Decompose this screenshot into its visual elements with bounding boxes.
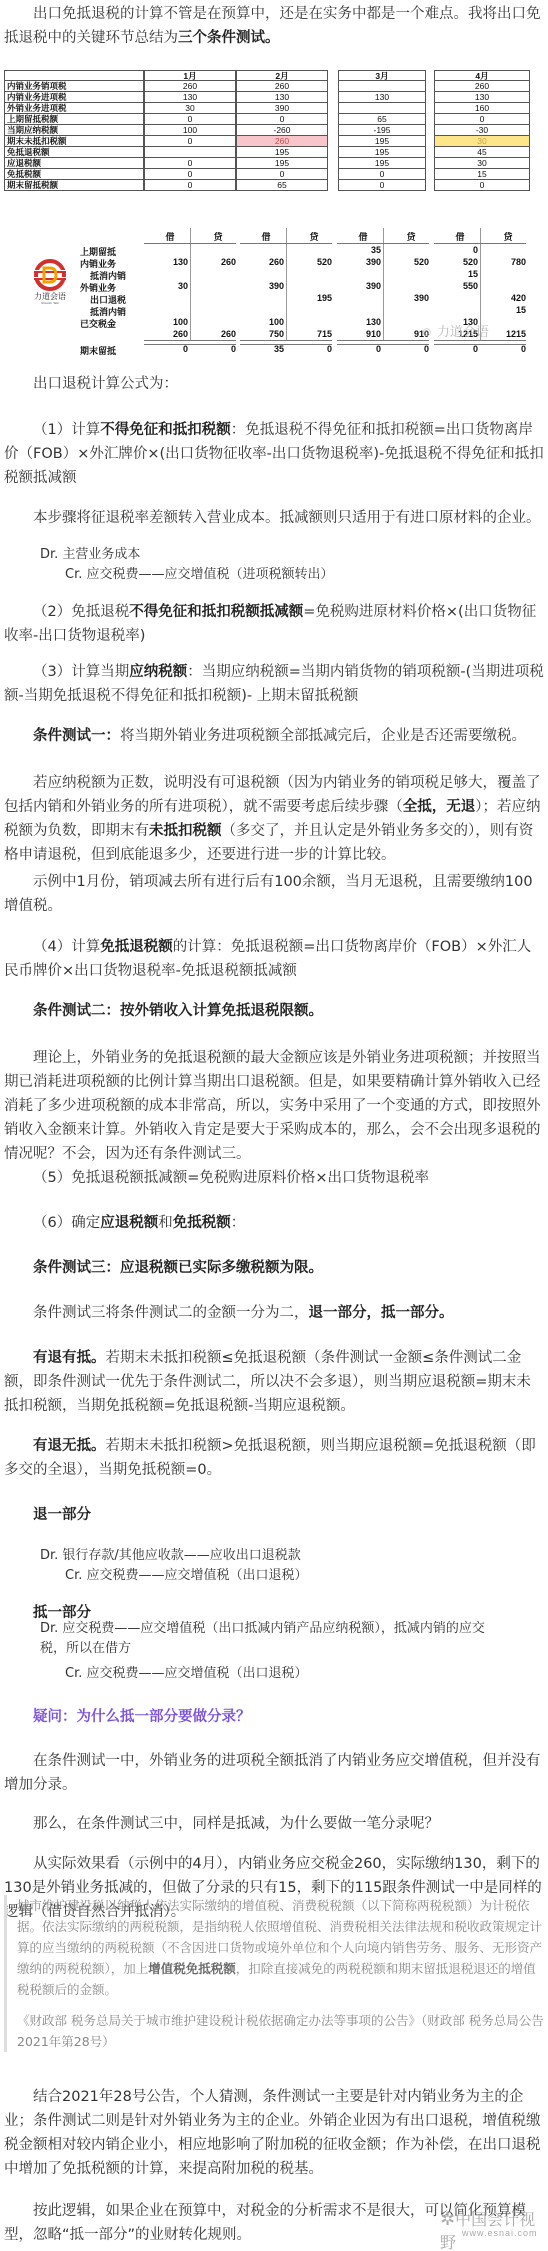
summary-cell: 195 [338, 136, 426, 147]
quote-text: 城市维护建设税以纳税人依法实际缴纳的增值税、消费税税额（以下简称两税税额）为计税… [17, 1895, 544, 2000]
summary-cell [144, 147, 236, 158]
ledger-cell: 910 [341, 329, 381, 339]
summary-row-label: 免抵税额 [4, 169, 144, 180]
step-3: （3）计算当期应纳税额：当期应纳税额=当期内销货物的销项税额-(当期进项税额-当… [4, 660, 544, 708]
summary-cell: 160 [434, 103, 530, 114]
summary-cell: 195 [338, 147, 426, 158]
ledger-cell: 15 [486, 305, 526, 315]
ledger-cell: 100 [244, 317, 284, 327]
formula-title: 出口退税计算公式为： [4, 372, 544, 396]
summary-cell: 0 [144, 169, 236, 180]
intro-paragraph: 出口免抵退税的计算不管是在预算中，还是在实务中都是一个难点。我将出口免抵退税中的… [4, 2, 544, 50]
ledger-cell: 390 [244, 281, 284, 291]
question-heading: 疑问：为什么抵一部分要做分录？ [4, 1705, 544, 1729]
condition-test-1-explanation: 若应纳税额为正数，说明没有可退税额（因为内销业务的销项税足够大，覆盖了包括内销和… [4, 771, 544, 867]
esnai-logo-icon: ✲ [440, 2209, 455, 2229]
condition-test-2: 条件测试二：按外销收入计算免抵退税限额。 [4, 999, 544, 1023]
summary-cell: 130 [434, 92, 530, 103]
ledger-cell: 520 [389, 257, 429, 267]
summary-cell: 0 [144, 114, 236, 125]
ledger-cell: 0 [486, 344, 526, 354]
lidao-logo-icon: 力道会语 Shaolin Talk [30, 257, 70, 305]
header-rule [337, 243, 429, 244]
summary-cell: 30 [434, 136, 530, 147]
summary-cell: 260 [236, 136, 328, 147]
ledger-cell: 15 [438, 269, 478, 279]
summary-cell: 30 [144, 103, 236, 114]
summary-cell: 65 [338, 114, 426, 125]
condition-test-3-explanation: 条件测试三将条件测试二的金额一分为二，退一部分，抵一部分。 [4, 1301, 544, 1325]
summary-cell: 195 [338, 158, 426, 169]
summary-cell: 260 [434, 81, 530, 92]
step-6: （6）确定应退税额和免抵税额： [4, 1211, 544, 1235]
summary-cell: -30 [434, 125, 530, 136]
summary-row-label: 期末留抵税额 [4, 180, 144, 191]
summary-cell: 0 [144, 136, 236, 147]
refund-part-title: 退一部分 [4, 1503, 544, 1527]
ledger-cell: 130 [148, 257, 188, 267]
svg-text:Shaolin Talk: Shaolin Talk [41, 301, 59, 305]
watermark-url: www.esnai.com [462, 2228, 538, 2238]
condition-test-3: 条件测试三：应退税额已实际多缴税额为限。 [4, 1256, 544, 1280]
summary-cell: 30 [434, 158, 530, 169]
ledger-cell: 1215 [486, 329, 526, 339]
ledger-row-label: 已交税金 [80, 317, 140, 330]
header-rule [240, 243, 332, 244]
column-divider [286, 228, 287, 340]
step-4: （4）计算免抵退税额的计算：免抵退税额=出口货物离岸价（FOB）×外汇人民币牌价… [4, 935, 544, 983]
summary-cell: 15 [434, 169, 530, 180]
example-january: 示例中1月份，销项减去所有进行后有100余额，当月无退税，且需要缴纳100增值税… [4, 870, 544, 918]
offset-entry-credit: Cr. 应交税费——应交增值税（出口退税） [65, 1664, 308, 1684]
ledger-cell: 420 [486, 293, 526, 303]
summary-row-label: 内销业务进项税 [4, 92, 144, 103]
credit-header: 贷 [198, 230, 238, 243]
summary-cell: 0 [338, 180, 426, 191]
summary-cell: 0 [236, 169, 328, 180]
ledger-cell: 30 [148, 281, 188, 291]
step-1: （1）计算不得免征和抵扣税额：免抵退税不得免征和抵扣税额=出口货物离岸价（FOB… [4, 418, 544, 490]
ledger-cell: 0 [438, 245, 478, 255]
step-5: （5）免抵退税额抵减额=免税购进原料价格×出口货物退税率 [4, 1166, 544, 1190]
ledger-cell: 750 [244, 329, 284, 339]
summary-cell: 390 [236, 103, 328, 114]
question-paragraph-1: 在条件测试一中，外销业务的进项税全额抵消了内销业务应交增值税，但并没有增加分录。 [4, 1749, 544, 1797]
ledger-row-label: 期末留抵 [80, 344, 140, 357]
ledger-cell: 260 [196, 329, 236, 339]
summary-cell: 195 [236, 158, 328, 169]
ledger-cell: 520 [438, 257, 478, 267]
summary-row-label: 外销业务进项税 [4, 103, 144, 114]
summary-cell: 0 [236, 114, 328, 125]
ledger-cell: 195 [292, 293, 332, 303]
ledger-cell: 520 [292, 257, 332, 267]
condition-test-1: 条件测试一：将当期外销业务进项税额全部抵减完后，企业是否还需要缴税。 [4, 724, 544, 748]
refund-entry-debit: Dr. 银行存款/其他应收款——应收出口退税款 [40, 1546, 301, 1566]
case-refund-no-offset: 有退无抵。若期末未抵扣税额>免抵退税额，则当期应退税额=免抵退税额（即多交的全退… [4, 1434, 544, 1482]
summary-row-label: 内销业务销项税 [4, 81, 144, 92]
summary-cell: 260 [236, 81, 328, 92]
summary-row-label: 上期留抵税额 [4, 114, 144, 125]
summary-cell: 195 [236, 147, 328, 158]
summary-cell: 130 [144, 92, 236, 103]
case-refund-and-offset: 有退有抵。若期末未抵扣税额≤免抵退税额（条件测试一金额≤条件测试二金额，即条件测… [4, 1346, 544, 1418]
question-paragraph-2: 那么，在条件测试三中，同样是抵减，为什么要做一笔分录呢？ [4, 1812, 544, 1836]
summary-header-blank [4, 70, 144, 81]
summary-cell [338, 81, 426, 92]
summary-row-label: 当期应纳税额 [4, 125, 144, 136]
summary-cell: 65 [236, 180, 328, 191]
ledger-cell: 715 [292, 329, 332, 339]
summary-cell: 130 [338, 92, 426, 103]
ledger-cell: 130 [341, 317, 381, 327]
wechat-icon: ☺ [420, 324, 433, 339]
ledger-cell: 35 [341, 245, 381, 255]
ledger-cell: 260 [244, 257, 284, 267]
quote-source: 《财政部 税务总局关于城市维护建设税计税依据确定办法等事项的公告》（财政部 税务… [17, 2010, 544, 2052]
summary-cell: -260 [236, 125, 328, 136]
ledger-cell: 260 [196, 257, 236, 267]
debit-header: 借 [150, 230, 190, 243]
summary-row-label: 应退税额 [4, 158, 144, 169]
summary-month-header: 2月 [236, 70, 328, 81]
ledger-cell: 550 [438, 281, 478, 291]
ledger-cell: 780 [486, 257, 526, 267]
ledger-cell: 260 [148, 329, 188, 339]
column-divider [383, 228, 384, 340]
summary-cell: 0 [434, 114, 530, 125]
debit-header: 借 [246, 230, 286, 243]
offset-entry-debit: Dr. 应交税费——应交增值税（出口抵减内销产品应纳税额），抵减内销的应交税，所… [40, 1619, 510, 1659]
intro-bold: 三个条件测试。 [178, 30, 280, 46]
entry-1-debit: Dr. 主营业务成本 [40, 545, 140, 565]
summary-cell: 0 [434, 180, 530, 191]
ledger-cell: 0 [148, 344, 188, 354]
watermark-lidao: ☺ 力道会语 [420, 321, 489, 340]
header-rule [144, 243, 236, 244]
ledger-cell: 0 [438, 344, 478, 354]
summary-month-header: 1月 [144, 70, 236, 81]
summary-cell: 100 [144, 125, 236, 136]
step-1-note: 本步骤将征退税率差额转入营业成本。抵减额则只适用于有进口原材料的企业。 [4, 506, 544, 530]
ledger-cell: 35 [244, 344, 284, 354]
summary-cell: 0 [338, 169, 426, 180]
svg-text:力道会语: 力道会语 [34, 291, 66, 301]
ledger-cell: 0 [389, 344, 429, 354]
summary-month-header: 3月 [338, 70, 426, 81]
header-rule [434, 243, 526, 244]
refund-entry-credit: Cr. 应交税费——应交增值税（出口退税） [65, 1566, 308, 1586]
step-2: （2）免抵退税不得免征和抵扣税额抵减额=免税购进原材料价格×(出口货物征收率-出… [4, 600, 544, 648]
ledger-cell: 390 [341, 281, 381, 291]
ledger-cell: 0 [292, 344, 332, 354]
summary-cell: 0 [144, 180, 236, 191]
debit-header: 借 [343, 230, 383, 243]
credit-header: 贷 [294, 230, 334, 243]
summary-cell [338, 103, 426, 114]
ledger-cell: 100 [148, 317, 188, 327]
ledger-cell: 390 [389, 293, 429, 303]
summary-cell: 0 [144, 158, 236, 169]
column-divider [190, 228, 191, 340]
credit-header: 贷 [391, 230, 431, 243]
credit-header: 贷 [488, 230, 528, 243]
summary-row-label: 期末未抵扣税额 [4, 136, 144, 147]
debit-header: 借 [440, 230, 480, 243]
policy-quote: 城市维护建设税以纳税人依法实际缴纳的增值税、消费税税额（以下简称两税税额）为计税… [4, 1895, 544, 2052]
entry-1-credit: Cr. 应交税费——应交增值税（进项税额转出） [65, 565, 334, 585]
summary-cell: 260 [144, 81, 236, 92]
ledger-cell: 0 [341, 344, 381, 354]
condition-test-2-explanation: 理论上，外销业务的免抵退税额的最大金额应该是外销业务进项税额；并按照当期已消耗进… [4, 1046, 544, 1166]
ledger-cell: 390 [341, 257, 381, 267]
summary-row-label: 免抵退税额 [4, 147, 144, 158]
summary-cell: -195 [338, 125, 426, 136]
conclusion-paragraph-1: 结合2021年28号公告，个人猜测，条件测试一主要是针对内销业务为主的企业；条件… [4, 2085, 544, 2181]
ledger-cell: 0 [196, 344, 236, 354]
summary-cell: 130 [236, 92, 328, 103]
summary-cell: 45 [434, 147, 530, 158]
summary-month-header: 4月 [434, 70, 530, 81]
